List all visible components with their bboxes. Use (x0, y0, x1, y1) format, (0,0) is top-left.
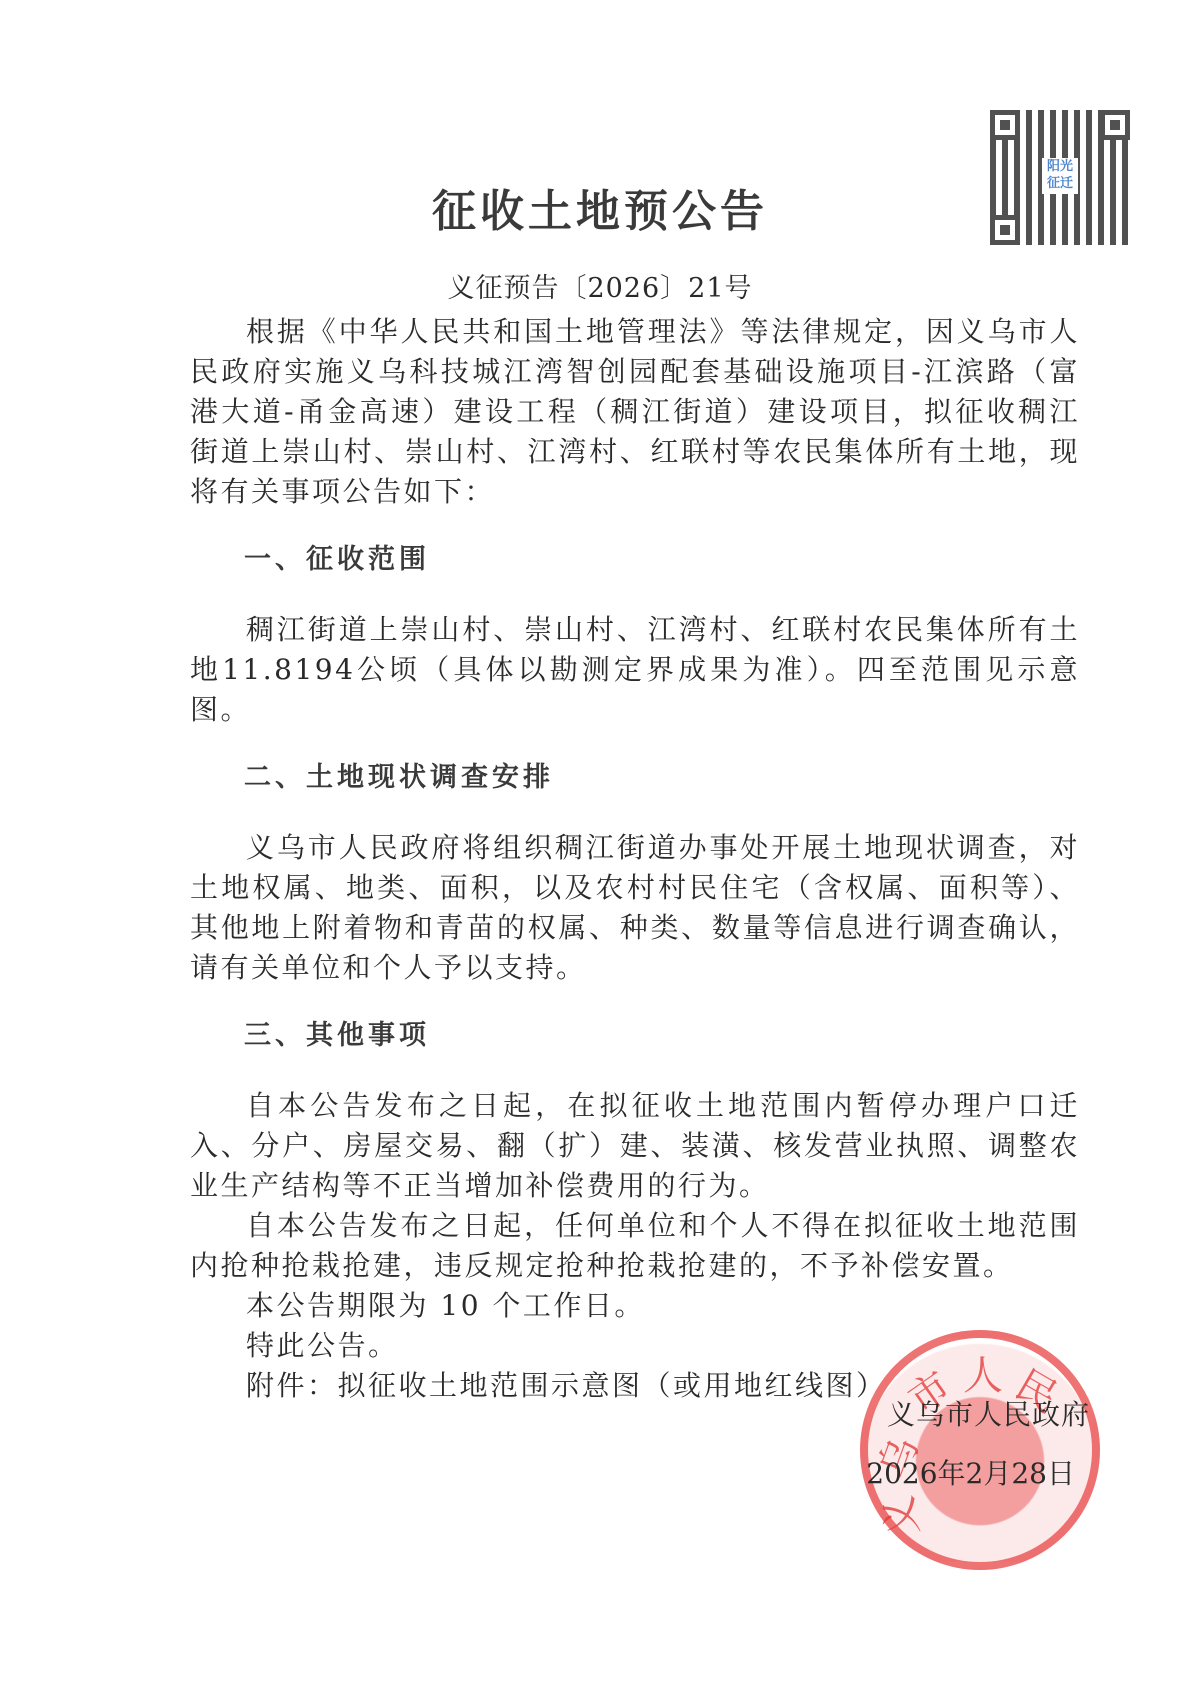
section-heading-scope: 一、征收范围 (190, 540, 1080, 580)
issuer-signature: 义乌市人民政府 (850, 1393, 1090, 1433)
document-number: 义征预告〔2026〕21号 (0, 266, 1200, 305)
qr-finder-pattern (1100, 110, 1130, 140)
seal-char: 义 (866, 1492, 929, 1541)
section-paragraph: 自本公告发布之日起，在拟征收土地范围内暂停办理户口迁入、分户、房屋交易、翻（扩）… (190, 1086, 1080, 1206)
qr-finder-pattern (990, 110, 1020, 140)
document-body: 根据《中华人民共和国土地管理法》等法律规定，因义乌市人民政府实施义乌科技城江湾智… (190, 312, 1080, 1406)
issue-date: 2026年2月28日 (850, 1452, 1075, 1492)
section-paragraph: 自本公告发布之日起，任何单位和个人不得在拟征收土地范围内抢种抢栽抢建，违反规定抢… (190, 1206, 1080, 1286)
section-paragraph: 义乌市人民政府将组织稠江街道办事处开展土地现状调查，对土地权属、地类、面积，以及… (190, 828, 1080, 988)
section-paragraph: 稠江街道上崇山村、崇山村、江湾村、红联村农民集体所有土地11.8194公顷（具体… (190, 610, 1080, 730)
section-heading-survey: 二、土地现状调查安排 (190, 758, 1080, 798)
document-title: 征收土地预公告 (0, 175, 1200, 239)
intro-paragraph: 根据《中华人民共和国土地管理法》等法律规定，因义乌市人民政府实施义乌科技城江湾智… (190, 312, 1080, 512)
official-seal: 市 人 民 乌 义 (860, 1330, 1100, 1570)
section-heading-other: 三、其他事项 (190, 1016, 1080, 1056)
notice-period: 本公告期限为 10 个工作日。 (190, 1286, 1080, 1326)
